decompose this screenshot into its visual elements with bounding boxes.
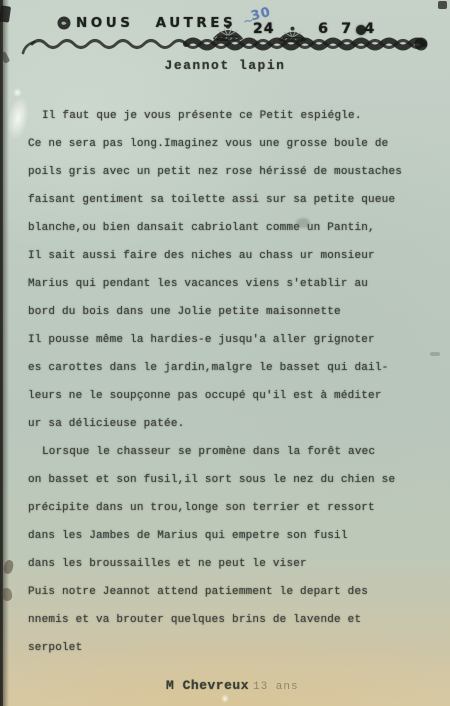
text-line: serpolet: [28, 634, 432, 662]
wavy-rule: [20, 33, 432, 55]
text-line: dans les Jambes de Marius qui empetre so…: [28, 522, 432, 550]
text-line: ur sa délicieuse patée.: [28, 410, 432, 438]
text-line: poils gris avec un petit nez rose hériss…: [28, 158, 432, 186]
scan-edge-line: [0, 0, 3, 706]
text-line: Lorsque le chasseur se promène dans la f…: [28, 438, 432, 466]
text-line: es carottes dans le jardin,malgre le bas…: [28, 354, 432, 382]
article-title: Jeannot lapin: [0, 58, 450, 73]
text-line: Ce ne sera pas long.Imaginez vous une gr…: [28, 130, 432, 158]
text-line: Il sait aussi faire des niches au chass …: [28, 242, 432, 270]
scanned-page: NOUS AUTRES ~ 30 24 6 7 4 Jeannot lapin …: [0, 0, 450, 706]
scan-artifact: [438, 1, 447, 9]
text-line: bord du bois dans une Jolie petite maiso…: [28, 298, 432, 326]
text-line: nnemis et va brouter quelques brins de l…: [28, 606, 432, 634]
text-line: précipite dans un trou,longe son terrier…: [28, 494, 432, 522]
text-line: Il pousse même la hardies-e jusqu'a alle…: [28, 326, 432, 354]
text-line: faisant gentiment sa toilette assi sur s…: [28, 186, 432, 214]
author-age: 13 ans: [253, 681, 299, 693]
scan-artifact: [430, 352, 440, 356]
scan-artifact: [0, 5, 11, 22]
article-body: Il faut que je vous présente ce Petit es…: [28, 102, 432, 662]
text-line: Il faut que je vous présente ce Petit es…: [28, 102, 432, 130]
paper-damage: [221, 694, 229, 703]
author-signature: M Chevreux: [166, 678, 249, 693]
ink-smudge: [296, 218, 310, 228]
text-line: dans les broussailles et ne peut le vise…: [28, 550, 432, 578]
text-line: Puis notre Jeannot attend patiemment le …: [28, 578, 432, 606]
text-line: Marius qui pendant les vacances viens s'…: [28, 270, 432, 298]
text-line: leurs ne le soupçonne pas occupé qu'il e…: [28, 382, 432, 410]
text-line: on basset et son fusil,il sort sous le n…: [28, 466, 432, 494]
swirl-stamp-icon: [57, 16, 71, 30]
text-line: blanche,ou bien dansait cabriolant comme…: [28, 214, 432, 242]
